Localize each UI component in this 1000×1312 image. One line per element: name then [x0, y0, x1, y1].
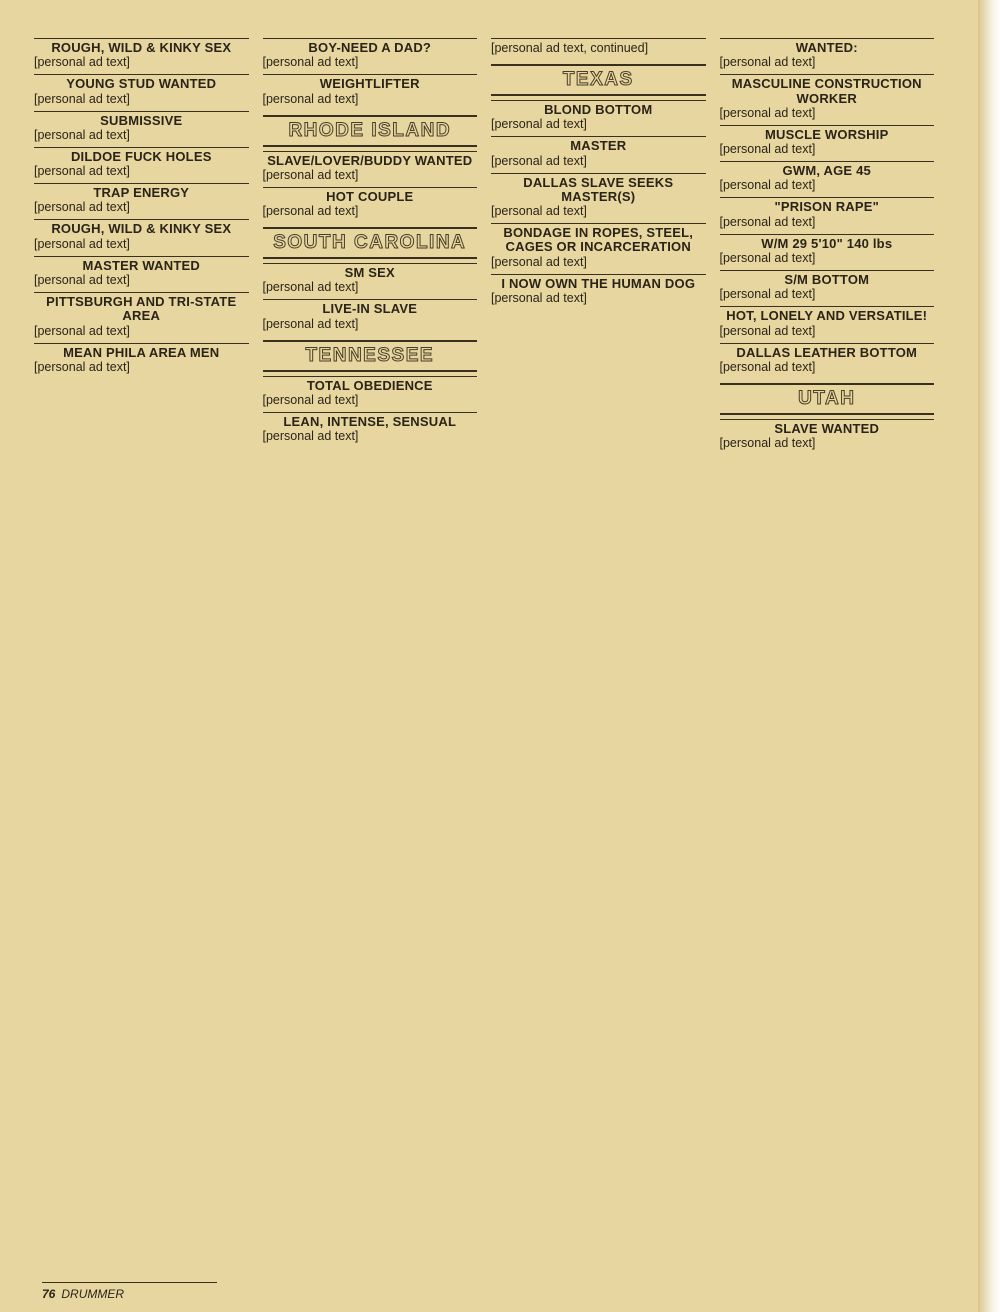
ad-body: [personal ad text]: [720, 142, 935, 157]
classified-ad: TRAP ENERGY[personal ad text]: [34, 183, 249, 219]
state-name: RHODE ISLAND: [288, 120, 451, 141]
ad-heading: BONDAGE IN ROPES, STEEL, CAGES OR INCARC…: [491, 226, 706, 255]
state-name: UTAH: [798, 388, 855, 409]
ad-body: [personal ad text, continued]: [491, 41, 706, 56]
classified-ad: MASTER[personal ad text]: [491, 136, 706, 172]
ad-heading: TOTAL OBEDIENCE: [263, 379, 478, 393]
classified-ad: [personal ad text, continued]: [491, 38, 706, 60]
page-edge: [978, 0, 1000, 1312]
classified-ad: YOUNG STUD WANTED[personal ad text]: [34, 74, 249, 110]
ad-body: [personal ad text]: [34, 237, 249, 252]
ad-heading: MUSCLE WORSHIP: [720, 128, 935, 142]
state-section-header: TEXAS: [491, 64, 706, 96]
ad-body: [personal ad text]: [720, 287, 935, 302]
column-4: WANTED:[personal ad text]MASCULINE CONST…: [720, 38, 935, 1263]
classified-ad: W/M 29 5'10" 140 lbs[personal ad text]: [720, 234, 935, 270]
classified-ad: PITTSBURGH AND TRI-STATE AREA[personal a…: [34, 292, 249, 343]
classified-ad: I NOW OWN THE HUMAN DOG[personal ad text…: [491, 274, 706, 310]
ad-body: [personal ad text]: [491, 291, 706, 306]
classified-ad: BOY-NEED A DAD?[personal ad text]: [263, 38, 478, 74]
ad-heading: MASCULINE CONSTRUCTION WORKER: [720, 77, 935, 106]
ad-heading: PITTSBURGH AND TRI-STATE AREA: [34, 295, 249, 324]
ad-body: [personal ad text]: [491, 117, 706, 132]
classified-ad: LEAN, INTENSE, SENSUAL[personal ad text]: [263, 412, 478, 448]
ad-heading: TRAP ENERGY: [34, 186, 249, 200]
ad-body: [personal ad text]: [263, 204, 478, 219]
ad-heading: SLAVE WANTED: [720, 422, 935, 436]
ad-heading: DALLAS LEATHER BOTTOM: [720, 346, 935, 360]
classified-ad: DALLAS LEATHER BOTTOM[personal ad text]: [720, 343, 935, 379]
classified-ad: SLAVE/LOVER/BUDDY WANTED[personal ad tex…: [263, 151, 478, 187]
classified-ad: SM SEX[personal ad text]: [263, 263, 478, 299]
ad-body: [personal ad text]: [720, 55, 935, 70]
ad-heading: SLAVE/LOVER/BUDDY WANTED: [263, 154, 478, 168]
ad-body: [personal ad text]: [34, 92, 249, 107]
classified-ad: TOTAL OBEDIENCE[personal ad text]: [263, 376, 478, 412]
classified-ad: HOT, LONELY AND VERSATILE![personal ad t…: [720, 306, 935, 342]
ad-heading: MEAN PHILA AREA MEN: [34, 346, 249, 360]
classified-ad: MEAN PHILA AREA MEN[personal ad text]: [34, 343, 249, 379]
state-section-header: SOUTH CAROLINA: [263, 227, 478, 259]
state-name: TEXAS: [563, 69, 634, 90]
state-section-header: RHODE ISLAND: [263, 115, 478, 147]
ad-heading: BOY-NEED A DAD?: [263, 41, 478, 55]
ad-heading: GWM, AGE 45: [720, 164, 935, 178]
ad-heading: HOT, LONELY AND VERSATILE!: [720, 309, 935, 323]
classified-ad: DILDOE FUCK HOLES[personal ad text]: [34, 147, 249, 183]
ad-body: [personal ad text]: [34, 200, 249, 215]
ad-heading: MASTER: [491, 139, 706, 153]
classified-ad: SUBMISSIVE[personal ad text]: [34, 111, 249, 147]
classified-ad: ROUGH, WILD & KINKY SEX[personal ad text…: [34, 219, 249, 255]
state-name: SOUTH CAROLINA: [273, 232, 466, 253]
page-number: 76: [42, 1287, 55, 1301]
classified-ad: S/M BOTTOM[personal ad text]: [720, 270, 935, 306]
ad-heading: HOT COUPLE: [263, 190, 478, 204]
ad-heading: ROUGH, WILD & KINKY SEX: [34, 41, 249, 55]
classified-ad: BONDAGE IN ROPES, STEEL, CAGES OR INCARC…: [491, 223, 706, 274]
ad-body: [personal ad text]: [720, 436, 935, 451]
ad-heading: MASTER WANTED: [34, 259, 249, 273]
ad-body: [personal ad text]: [263, 429, 478, 444]
classified-ad: HOT COUPLE[personal ad text]: [263, 187, 478, 223]
page-footer: 76DRUMMER: [42, 1282, 217, 1301]
ad-body: [personal ad text]: [720, 360, 935, 375]
classified-ad: GWM, AGE 45[personal ad text]: [720, 161, 935, 197]
state-name: TENNESSEE: [305, 345, 434, 366]
ad-body: [personal ad text]: [263, 393, 478, 408]
ad-body: [personal ad text]: [720, 251, 935, 266]
ad-body: [personal ad text]: [720, 106, 935, 121]
ad-body: [personal ad text]: [491, 154, 706, 169]
column-2: BOY-NEED A DAD?[personal ad text]WEIGHTL…: [263, 38, 478, 1263]
ad-body: [personal ad text]: [720, 215, 935, 230]
ad-heading: LIVE-IN SLAVE: [263, 302, 478, 316]
classified-ad: ROUGH, WILD & KINKY SEX[personal ad text…: [34, 38, 249, 74]
ad-body: [personal ad text]: [34, 55, 249, 70]
ad-heading: SUBMISSIVE: [34, 114, 249, 128]
classified-ad: WEIGHTLIFTER[personal ad text]: [263, 74, 478, 110]
ad-body: [personal ad text]: [34, 324, 249, 339]
ad-heading: SM SEX: [263, 266, 478, 280]
ad-body: [personal ad text]: [34, 360, 249, 375]
publication-name: DRUMMER: [61, 1287, 124, 1301]
classified-ad: DALLAS SLAVE SEEKS MASTER(S)[personal ad…: [491, 173, 706, 224]
classified-ad: BLOND BOTTOM[personal ad text]: [491, 100, 706, 136]
ad-heading: W/M 29 5'10" 140 lbs: [720, 237, 935, 251]
ad-heading: DALLAS SLAVE SEEKS MASTER(S): [491, 176, 706, 205]
column-3: [personal ad text, continued]TEXASBLOND …: [491, 38, 706, 1263]
ad-heading: I NOW OWN THE HUMAN DOG: [491, 277, 706, 291]
ad-body: [personal ad text]: [263, 317, 478, 332]
ad-body: [personal ad text]: [263, 92, 478, 107]
classified-ad: "PRISON RAPE"[personal ad text]: [720, 197, 935, 233]
ad-body: [personal ad text]: [491, 204, 706, 219]
ad-body: [personal ad text]: [34, 128, 249, 143]
ad-heading: "PRISON RAPE": [720, 200, 935, 214]
ad-body: [personal ad text]: [34, 164, 249, 179]
ad-heading: DILDOE FUCK HOLES: [34, 150, 249, 164]
ad-body: [personal ad text]: [263, 280, 478, 295]
ad-body: [personal ad text]: [263, 55, 478, 70]
classified-ad: SLAVE WANTED[personal ad text]: [720, 419, 935, 455]
classified-ad: LIVE-IN SLAVE[personal ad text]: [263, 299, 478, 335]
classified-ad: MASCULINE CONSTRUCTION WORKER[personal a…: [720, 74, 935, 125]
ad-body: [personal ad text]: [263, 168, 478, 183]
ad-heading: WANTED:: [720, 41, 935, 55]
ad-heading: YOUNG STUD WANTED: [34, 77, 249, 91]
ad-body: [personal ad text]: [491, 255, 706, 270]
ad-heading: WEIGHTLIFTER: [263, 77, 478, 91]
ad-body: [personal ad text]: [34, 273, 249, 288]
classified-columns: ROUGH, WILD & KINKY SEX[personal ad text…: [34, 38, 934, 1263]
ad-heading: LEAN, INTENSE, SENSUAL: [263, 415, 478, 429]
ad-heading: BLOND BOTTOM: [491, 103, 706, 117]
classified-ad: WANTED:[personal ad text]: [720, 38, 935, 74]
state-section-header: TENNESSEE: [263, 340, 478, 372]
ad-heading: ROUGH, WILD & KINKY SEX: [34, 222, 249, 236]
state-section-header: UTAH: [720, 383, 935, 415]
classified-ad: MUSCLE WORSHIP[personal ad text]: [720, 125, 935, 161]
ad-body: [personal ad text]: [720, 178, 935, 193]
column-1: ROUGH, WILD & KINKY SEX[personal ad text…: [34, 38, 249, 1263]
classified-ad: MASTER WANTED[personal ad text]: [34, 256, 249, 292]
ad-body: [personal ad text]: [720, 324, 935, 339]
ad-heading: S/M BOTTOM: [720, 273, 935, 287]
